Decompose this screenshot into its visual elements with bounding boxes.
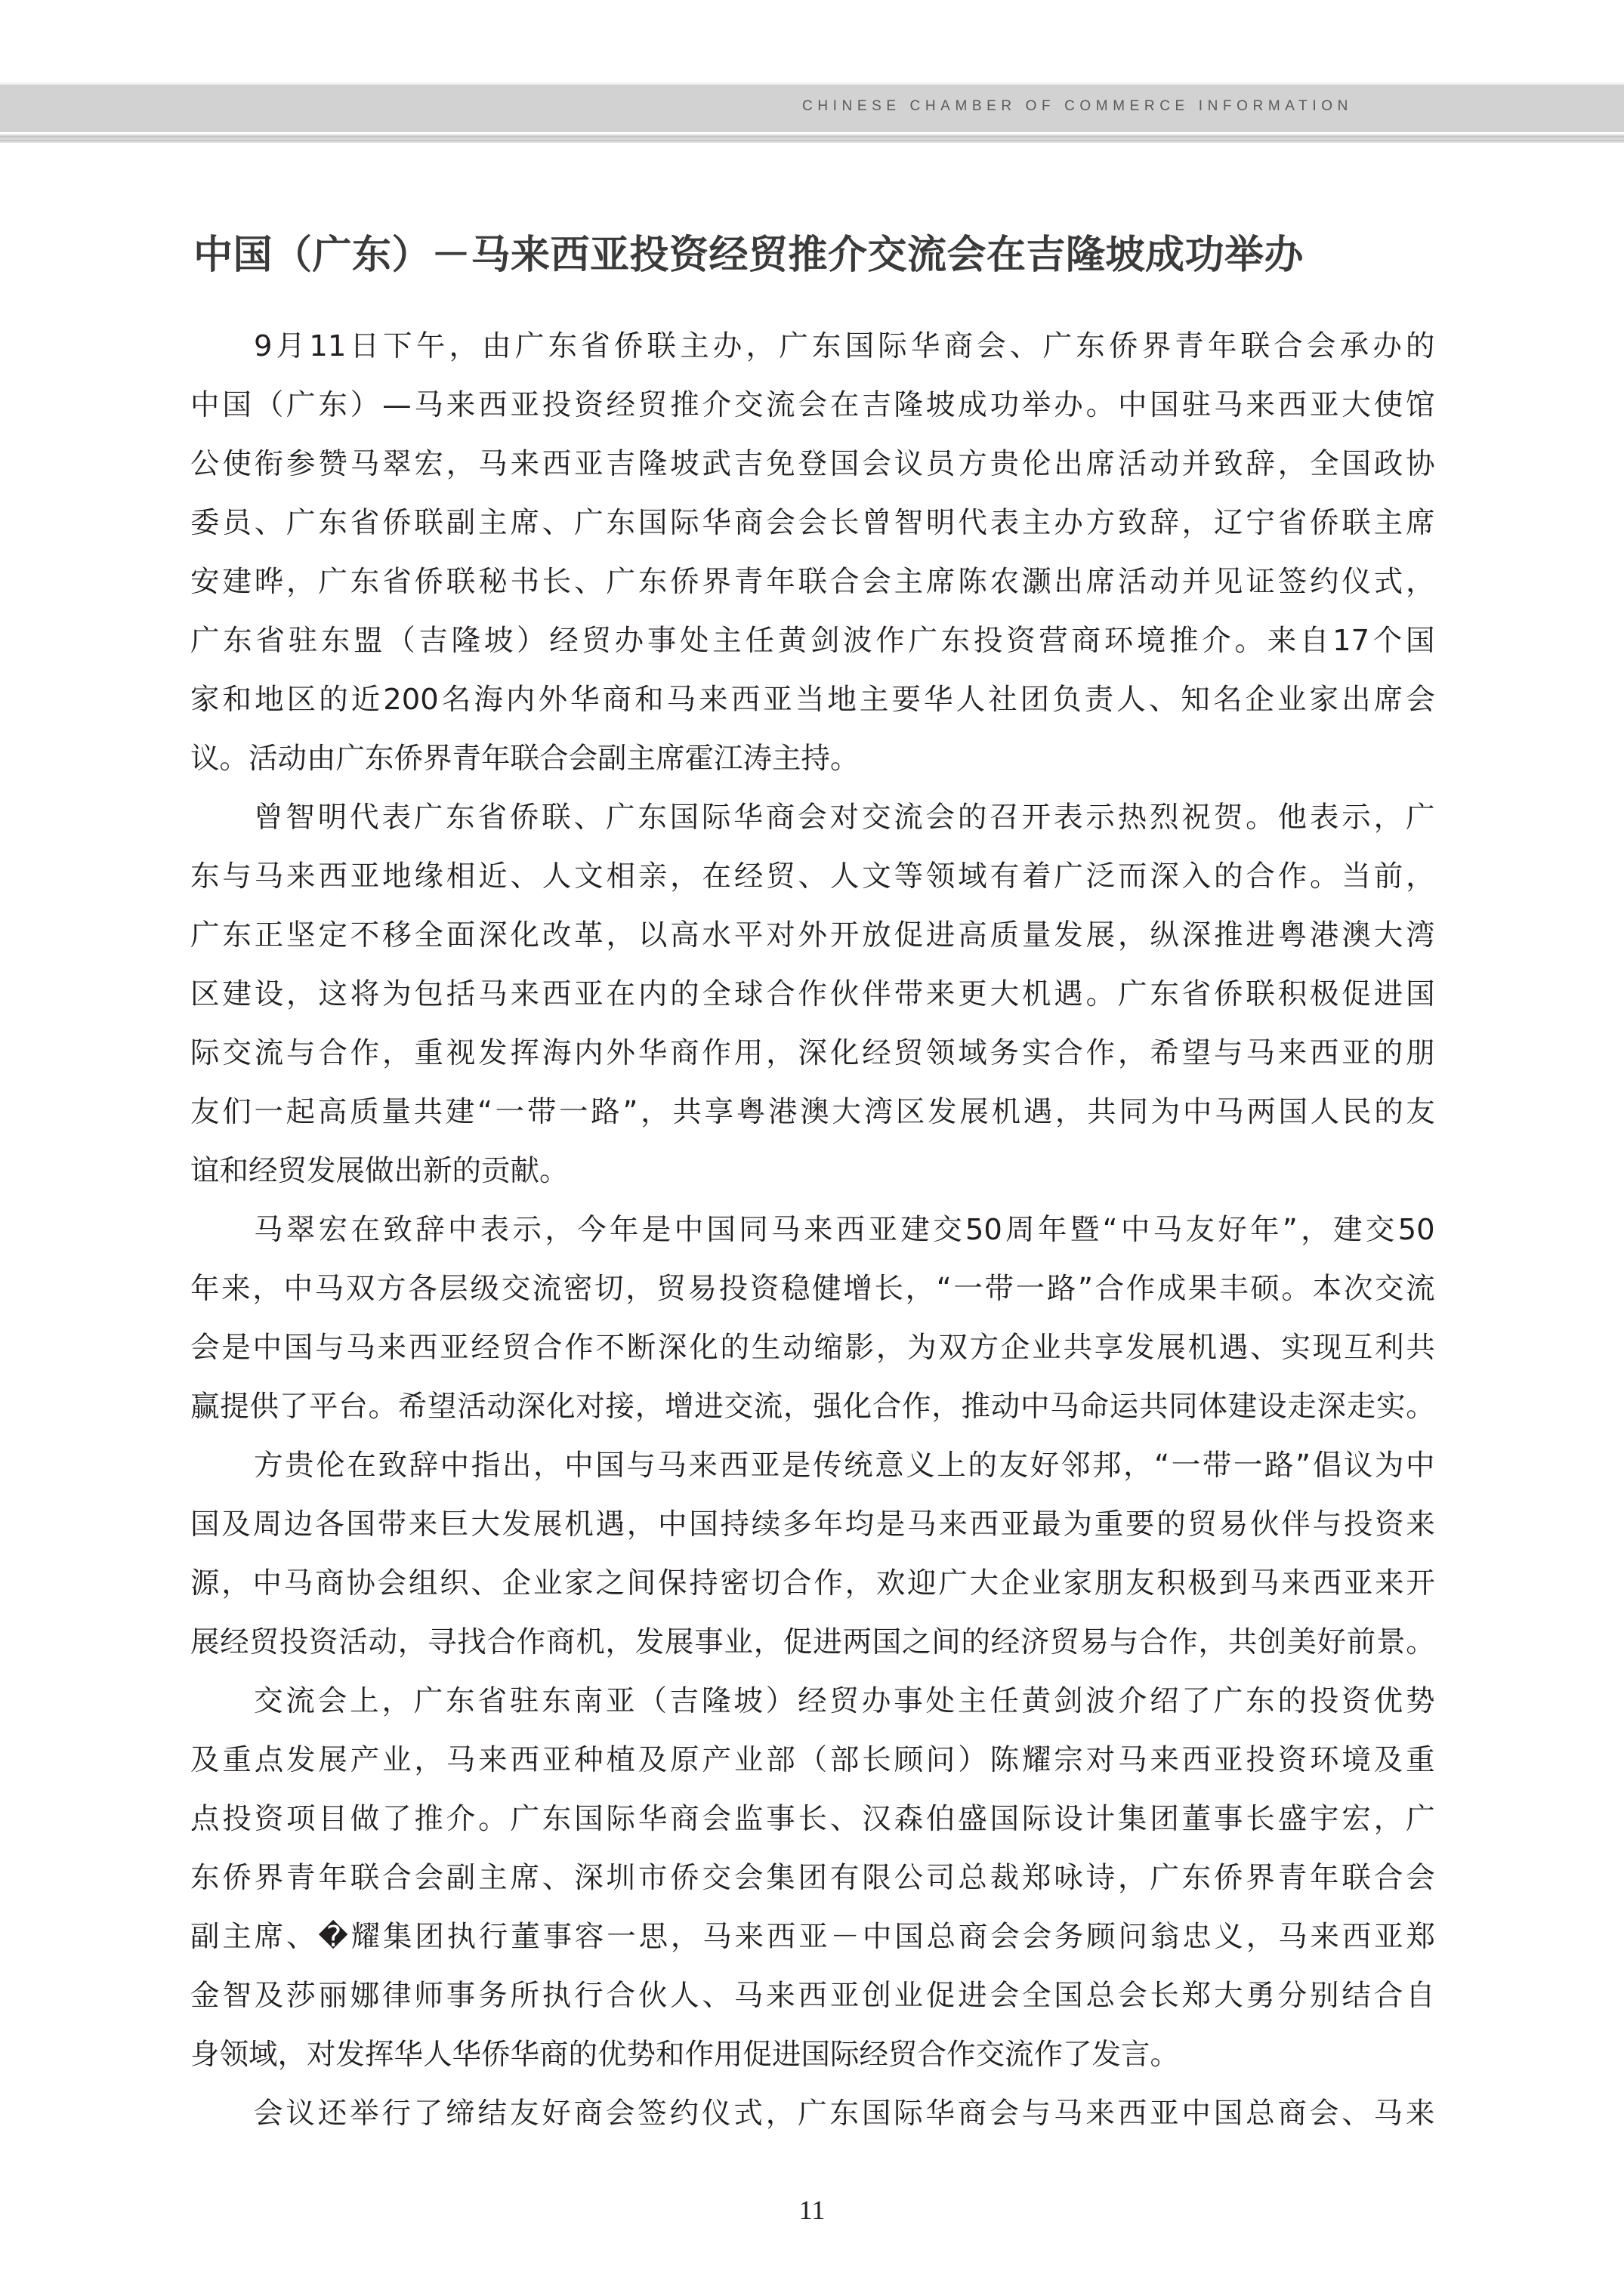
text-line: 9月11日下午，由广东省侨联主办，广东国际华商会、广东侨界青年联合会承办的 (190, 317, 1435, 376)
text-line: 公使衔参赞马翠宏，马来西亚吉隆坡武吉免登国会议员方贵伦出席活动并致辞，全国政协 (190, 435, 1435, 494)
text-line-content: 区建设，这将为包括马来西亚在内的全球合作伙伴带来更大机遇。广东省侨联积极促进国 (190, 965, 1435, 1024)
text-line-content: 身领域，对发挥华人华侨华商的优势和作用促进国际经贸合作交流作了发言。 (190, 2026, 1435, 2085)
text-line: 身领域，对发挥华人华侨华商的优势和作用促进国际经贸合作交流作了发言。 (190, 2026, 1435, 2085)
text-line-content: 金智及莎丽娜律师事务所执行合伙人、马来西亚创业促进会全国总会长郑大勇分别结合自 (190, 1967, 1435, 2026)
text-line: 及重点发展产业，马来西亚种植及原产业部（部长顾问）陈耀宗对马来西亚投资环境及重 (190, 1731, 1435, 1790)
text-line-content: 谊和经贸发展做出新的贡献。 (190, 1142, 1435, 1201)
text-line: 广东省驻东盟（吉隆坡）经贸办事处主任黄剑波作广东投资营商环境推介。来自17个国 (190, 612, 1435, 671)
text-line: 家和地区的近200名海内外华商和马来西亚当地主要华人社团负责人、知名企业家出席会 (190, 671, 1435, 730)
text-line: 方贵伦在致辞中指出，中国与马来西亚是传统意义上的友好邻邦，“一带一路”倡议为中 (190, 1437, 1435, 1495)
text-line-content: 9月11日下午，由广东省侨联主办，广东国际华商会、广东侨界青年联合会承办的 (190, 317, 1435, 376)
text-line: 年来，中马双方各层级交流密切，贸易投资稳健增长，“一带一路”合作成果丰硕。本次交… (190, 1260, 1435, 1319)
text-line-content: 中国（广东）—马来西亚投资经贸推介交流会在吉隆坡成功举办。中国驻马来西亚大使馆 (190, 376, 1435, 435)
text-line-content: 际交流与合作，重视发挥海内外华商作用，深化经贸领域务实合作，希望与马来西亚的朋 (190, 1024, 1435, 1083)
text-line: 委员、广东省侨联副主席、广东国际华商会会长曾智明代表主办方致辞，辽宁省侨联主席 (190, 494, 1435, 553)
text-line: 副主席、�耀集团执行董事容一思，马来西亚－中国总商会会务顾问翁忠义，马来西亚郑 (190, 1908, 1435, 1967)
text-line-content: 方贵伦在致辞中指出，中国与马来西亚是传统意义上的友好邻邦，“一带一路”倡议为中 (190, 1437, 1435, 1495)
text-line-content: 东侨界青年联合会副主席、深圳市侨交会集团有限公司总裁郑咏诗，广东侨界青年联合会 (190, 1849, 1435, 1908)
text-line: 安建晔，广东省侨联秘书长、广东侨界青年联合会主席陈农灏出席活动并见证签约仪式， (190, 553, 1435, 612)
text-line: 东侨界青年联合会副主席、深圳市侨交会集团有限公司总裁郑咏诗，广东侨界青年联合会 (190, 1849, 1435, 1908)
text-line: 际交流与合作，重视发挥海内外华商作用，深化经贸领域务实合作，希望与马来西亚的朋 (190, 1024, 1435, 1083)
text-line: 赢提供了平台。希望活动深化对接，增进交流，强化合作，推动中马命运共同体建设走深走… (190, 1378, 1435, 1437)
text-line-content: 会是中国与马来西亚经贸合作不断深化的生动缩影，为双方企业共享发展机遇、实现互利共 (190, 1319, 1435, 1378)
text-line: 友们一起高质量共建“一带一路”，共享粤港澳大湾区发展机遇，共同为中马两国人民的友 (190, 1083, 1435, 1142)
text-line-content: 广东正坚定不移全面深化改革，以高水平对外开放促进高质量发展，纵深推进粤港澳大湾 (190, 906, 1435, 965)
text-line: 区建设，这将为包括马来西亚在内的全球合作伙伴带来更大机遇。广东省侨联积极促进国 (190, 965, 1435, 1024)
text-line: 广东正坚定不移全面深化改革，以高水平对外开放促进高质量发展，纵深推进粤港澳大湾 (190, 906, 1435, 965)
text-line: 东与马来西亚地缘相近、人文相亲，在经贸、人文等领域有着广泛而深入的合作。当前， (190, 847, 1435, 906)
text-line-content: 年来，中马双方各层级交流密切，贸易投资稳健增长，“一带一路”合作成果丰硕。本次交… (190, 1260, 1435, 1319)
text-line-content: 源，中马商协会组织、企业家之间保持密切合作，欢迎广大企业家朋友积极到马来西亚来开 (190, 1554, 1435, 1613)
page-number: 11 (0, 2194, 1624, 2226)
text-line-content: 赢提供了平台。希望活动深化对接，增进交流，强化合作，推动中马命运共同体建设走深走… (190, 1378, 1435, 1437)
text-line: 金智及莎丽娜律师事务所执行合伙人、马来西亚创业促进会全国总会长郑大勇分别结合自 (190, 1967, 1435, 2026)
text-line-content: 东与马来西亚地缘相近、人文相亲，在经贸、人文等领域有着广泛而深入的合作。当前， (190, 847, 1435, 906)
text-line-content: 公使衔参赞马翠宏，马来西亚吉隆坡武吉免登国会议员方贵伦出席活动并致辞，全国政协 (190, 435, 1435, 494)
publication-name: CHINESE CHAMBER OF COMMERCE INFORMATION (802, 99, 1353, 114)
text-line-content: 交流会上，广东省驻东南亚（吉隆坡）经贸办事处主任黄剑波介绍了广东的投资优势 (190, 1672, 1435, 1731)
text-line: 马翠宏在致辞中表示，今年是中国同马来西亚建交50周年暨“中马友好年”，建交50 (190, 1201, 1435, 1260)
text-line: 谊和经贸发展做出新的贡献。 (190, 1142, 1435, 1201)
text-line-content: 广东省驻东盟（吉隆坡）经贸办事处主任黄剑波作广东投资营商环境推介。来自17个国 (190, 612, 1435, 671)
text-line-content: 展经贸投资活动，寻找合作商机，发展事业，促进两国之间的经济贸易与合作，共创美好前… (190, 1613, 1435, 1672)
text-line: 曾智明代表广东省侨联、广东国际华商会对交流会的召开表示热烈祝贺。他表示，广 (190, 789, 1435, 847)
article-title: 中国（广东）－马来西亚投资经贸推介交流会在吉隆坡成功举办 (193, 231, 1432, 279)
text-line-content: 会议还举行了缔结友好商会签约仪式，广东国际华商会与马来西亚中国总商会、马来 (190, 2085, 1435, 2143)
text-line-content: 家和地区的近200名海内外华商和马来西亚当地主要华人社团负责人、知名企业家出席会 (190, 671, 1435, 730)
text-line: 会议还举行了缔结友好商会签约仪式，广东国际华商会与马来西亚中国总商会、马来 (190, 2085, 1435, 2143)
text-line: 会是中国与马来西亚经贸合作不断深化的生动缩影，为双方企业共享发展机遇、实现互利共 (190, 1319, 1435, 1378)
text-line: 源，中马商协会组织、企业家之间保持密切合作，欢迎广大企业家朋友积极到马来西亚来开 (190, 1554, 1435, 1613)
text-line-content: 友们一起高质量共建“一带一路”，共享粤港澳大湾区发展机遇，共同为中马两国人民的友 (190, 1083, 1435, 1142)
text-line: 议。活动由广东侨界青年联合会副主席霍江涛主持。 (190, 730, 1435, 789)
text-line-content: 委员、广东省侨联副主席、广东国际华商会会长曾智明代表主办方致辞，辽宁省侨联主席 (190, 494, 1435, 553)
text-line: 中国（广东）—马来西亚投资经贸推介交流会在吉隆坡成功举办。中国驻马来西亚大使馆 (190, 376, 1435, 435)
text-line: 交流会上，广东省驻东南亚（吉隆坡）经贸办事处主任黄剑波介绍了广东的投资优势 (190, 1672, 1435, 1731)
text-line-content: 议。活动由广东侨界青年联合会副主席霍江涛主持。 (190, 730, 1435, 789)
article-body: 9月11日下午，由广东省侨联主办，广东国际华商会、广东侨界青年联合会承办的中国（… (190, 317, 1435, 2143)
text-line-content: 副主席、�耀集团执行董事容一思，马来西亚－中国总商会会务顾问翁忠义，马来西亚郑 (190, 1908, 1435, 1967)
text-line: 点投资项目做了推介。广东国际华商会监事长、汉森伯盛国际设计集团董事长盛宇宏，广 (190, 1790, 1435, 1849)
text-line-content: 马翠宏在致辞中表示，今年是中国同马来西亚建交50周年暨“中马友好年”，建交50 (190, 1201, 1435, 1260)
text-line-content: 曾智明代表广东省侨联、广东国际华商会对交流会的召开表示热烈祝贺。他表示，广 (190, 789, 1435, 847)
text-line: 展经贸投资活动，寻找合作商机，发展事业，促进两国之间的经济贸易与合作，共创美好前… (190, 1613, 1435, 1672)
text-line-content: 及重点发展产业，马来西亚种植及原产业部（部长顾问）陈耀宗对马来西亚投资环境及重 (190, 1731, 1435, 1790)
text-line-content: 安建晔，广东省侨联秘书长、广东侨界青年联合会主席陈农灏出席活动并见证签约仪式， (190, 553, 1435, 612)
text-line-content: 点投资项目做了推介。广东国际华商会监事长、汉森伯盛国际设计集团董事长盛宇宏，广 (190, 1790, 1435, 1849)
text-line-content: 国及周边各国带来巨大发展机遇，中国持续多年均是马来西亚最为重要的贸易伙伴与投资来 (190, 1495, 1435, 1554)
text-line: 国及周边各国带来巨大发展机遇，中国持续多年均是马来西亚最为重要的贸易伙伴与投资来 (190, 1495, 1435, 1554)
header-divider (0, 134, 1624, 143)
